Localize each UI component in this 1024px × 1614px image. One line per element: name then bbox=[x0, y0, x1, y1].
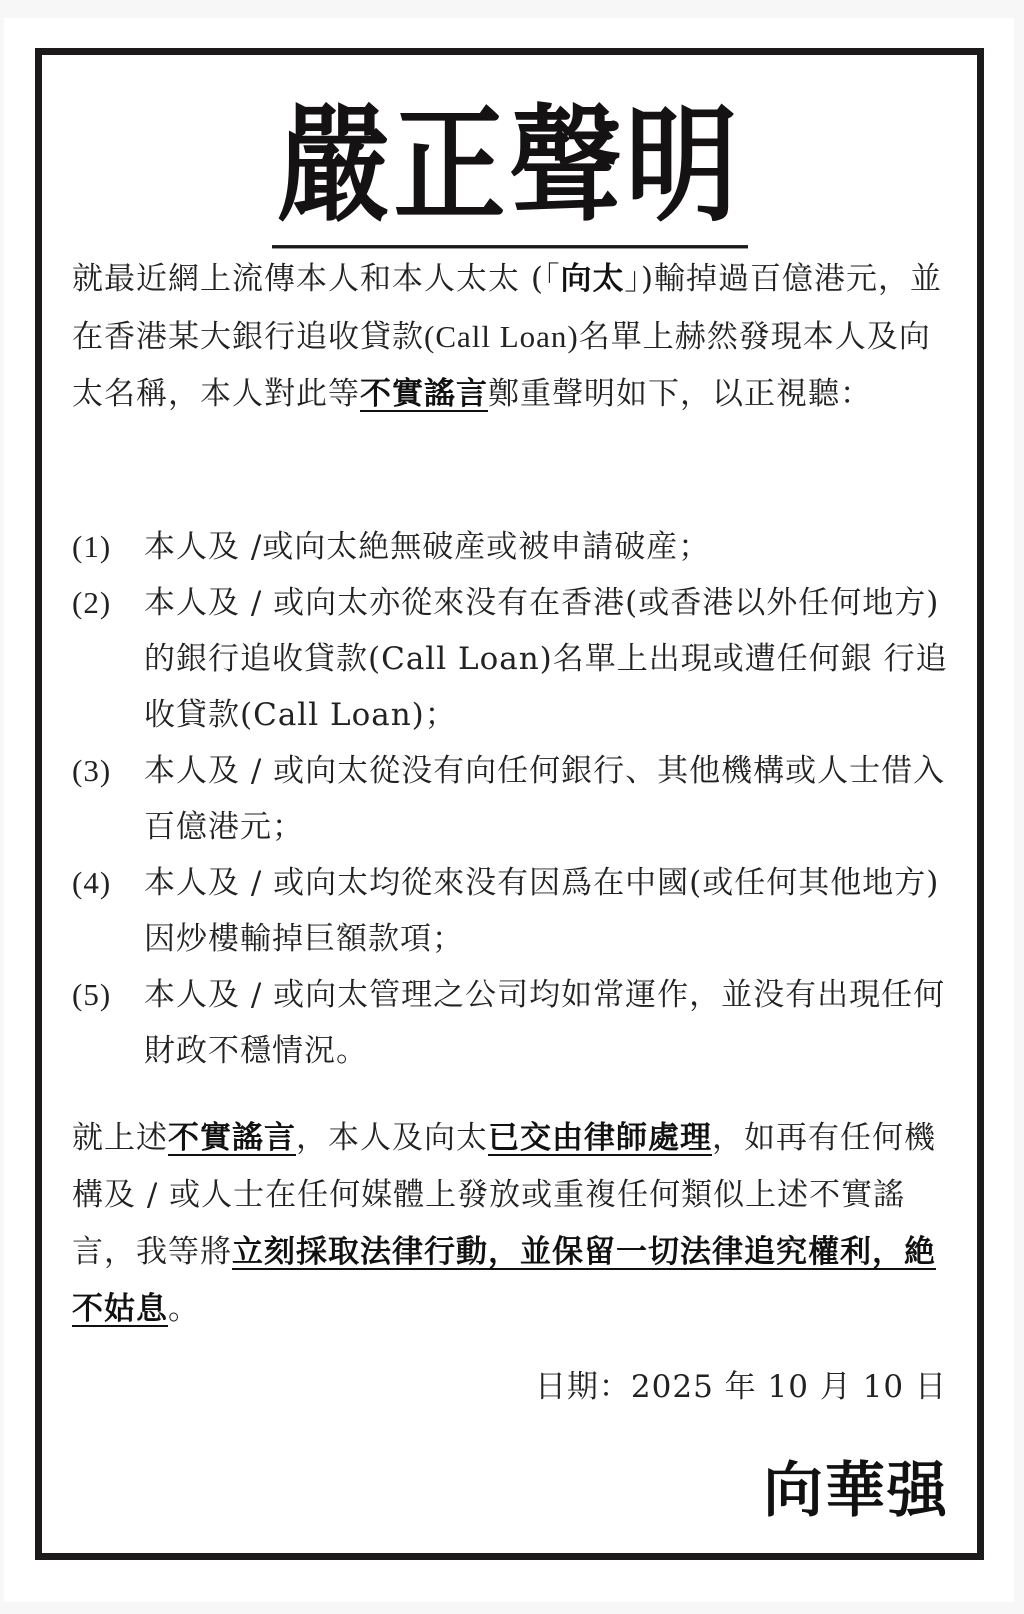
intro-highlight-mrs-heung: 向太 bbox=[560, 261, 624, 297]
list-item-text: 本人及 / 或向太管理之公司均如常運作，並没有出現任何財政不穩情況。 bbox=[144, 967, 954, 1079]
statement-date: 日期：2025 年 10 月 10 日 bbox=[535, 1367, 947, 1407]
points-list: (1) 本人及 /或向太絶無破産或被申請破産； (2) 本人及 / 或向太亦從來… bbox=[72, 519, 954, 1079]
title-wrap: 嚴正聲明 bbox=[42, 95, 977, 232]
list-item: (4) 本人及 / 或向太均從來没有因爲在中國(或任何其他地方)因炒樓輸掉巨額款… bbox=[72, 855, 954, 967]
conclusion-text-1: 就上述 bbox=[72, 1120, 168, 1156]
intro-highlight-false-rumors: 不實謠言 bbox=[360, 376, 488, 412]
signature: 向華强 bbox=[763, 1455, 949, 1527]
list-item-number: (1) bbox=[72, 519, 144, 575]
list-item-number: (4) bbox=[72, 855, 144, 911]
intro-text-1: 就最近網上流傳本人和本人太太 (「 bbox=[72, 261, 560, 297]
list-item: (2) 本人及 / 或向太亦從來没有在香港(或香港以外任何地方)的銀行追收貸款(… bbox=[72, 575, 954, 743]
conclusion-highlight-lawyers: 已交由律師處理 bbox=[488, 1120, 712, 1156]
page-title: 嚴正聲明 bbox=[272, 95, 748, 248]
list-item: (3) 本人及 / 或向太從没有向任何銀行、其他機構或人士借入百億港元； bbox=[72, 743, 954, 855]
intro-paragraph: 就最近網上流傳本人和本人太太 (「向太」)輸掉過百億港元，並在香港某大銀行追收貸… bbox=[72, 251, 954, 423]
conclusion-text-7: 。 bbox=[168, 1291, 200, 1327]
statement-frame: 嚴正聲明 就最近網上流傳本人和本人太太 (「向太」)輸掉過百億港元，並在香港某大… bbox=[35, 48, 984, 1560]
list-item-text: 本人及 / 或向太從没有向任何銀行、其他機構或人士借入百億港元； bbox=[144, 743, 954, 855]
list-item-number: (2) bbox=[72, 575, 144, 631]
list-item: (1) 本人及 /或向太絶無破産或被申請破産； bbox=[72, 519, 954, 575]
conclusion-highlight-false-rumors: 不實謠言 bbox=[168, 1120, 296, 1156]
conclusion-text-3: ，本人及向太 bbox=[296, 1120, 488, 1156]
page-sheet: 嚴正聲明 就最近網上流傳本人和本人太太 (「向太」)輸掉過百億港元，並在香港某大… bbox=[4, 18, 1014, 1602]
intro-text-7: 鄭重聲明如下，以正視聽： bbox=[488, 376, 872, 412]
list-item-number: (5) bbox=[72, 967, 144, 1023]
list-item-number: (3) bbox=[72, 743, 144, 799]
list-item: (5) 本人及 / 或向太管理之公司均如常運作，並没有出現任何財政不穩情況。 bbox=[72, 967, 954, 1079]
list-item-text: 本人及 /或向太絶無破産或被申請破産； bbox=[144, 519, 954, 575]
list-item-text: 本人及 / 或向太均從來没有因爲在中國(或任何其他地方)因炒樓輸掉巨額款項； bbox=[144, 855, 954, 967]
intro-call-loan: (Call Loan) bbox=[424, 319, 579, 354]
conclusion-paragraph: 就上述不實謠言，本人及向太已交由律師處理，如再有任何機構及 / 或人士在任何媒體… bbox=[72, 1110, 954, 1338]
list-item-text: 本人及 / 或向太亦從來没有在香港(或香港以外任何地方)的銀行追收貸款(Call… bbox=[144, 575, 954, 743]
